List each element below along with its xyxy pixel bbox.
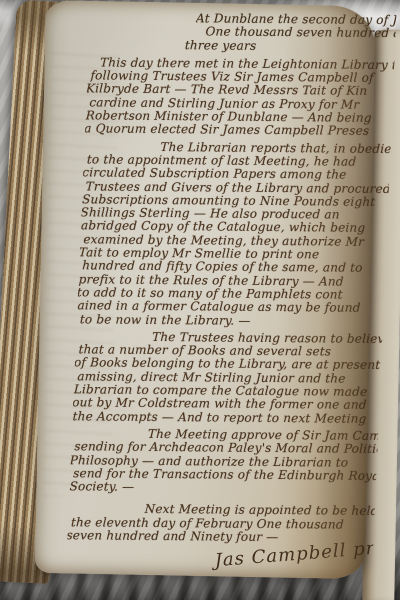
manuscript-paragraph: The Librarian reports that, in obedience… bbox=[77, 140, 391, 329]
manuscript-paragraph: This day there met in the Leightonian Li… bbox=[85, 56, 394, 138]
manuscript-page: At Dunblane the second day of JaOne thou… bbox=[35, 0, 376, 579]
manuscript-paragraph: Next Meeting is appointed to be heldthe … bbox=[67, 503, 375, 546]
manuscript-text: At Dunblane the second day of JaOne thou… bbox=[66, 11, 396, 573]
manuscript-line: a Quorum elected Sir James Campbell Pres… bbox=[84, 123, 392, 139]
bound-volume: At Dunblane the second day of JaOne thou… bbox=[0, 0, 400, 600]
signature: Jas Campbell pres bbox=[214, 542, 373, 568]
manuscript-line: to be now in the Library. — bbox=[80, 313, 384, 329]
manuscript-line: the Accompts — And to report to next Mee… bbox=[72, 410, 379, 426]
manuscript-paragraph: The Meeting approve of Sir Jam Campbells… bbox=[69, 427, 378, 496]
manuscript-line: Society. — bbox=[69, 480, 376, 496]
photograph-scene: At Dunblane the second day of JaOne thou… bbox=[0, 0, 400, 600]
manuscript-paragraph: The Trustees having reason to believetha… bbox=[72, 330, 382, 426]
manuscript-line: three years bbox=[185, 39, 396, 54]
manuscript-heading: At Dunblane the second day of JaOne thou… bbox=[181, 12, 397, 54]
